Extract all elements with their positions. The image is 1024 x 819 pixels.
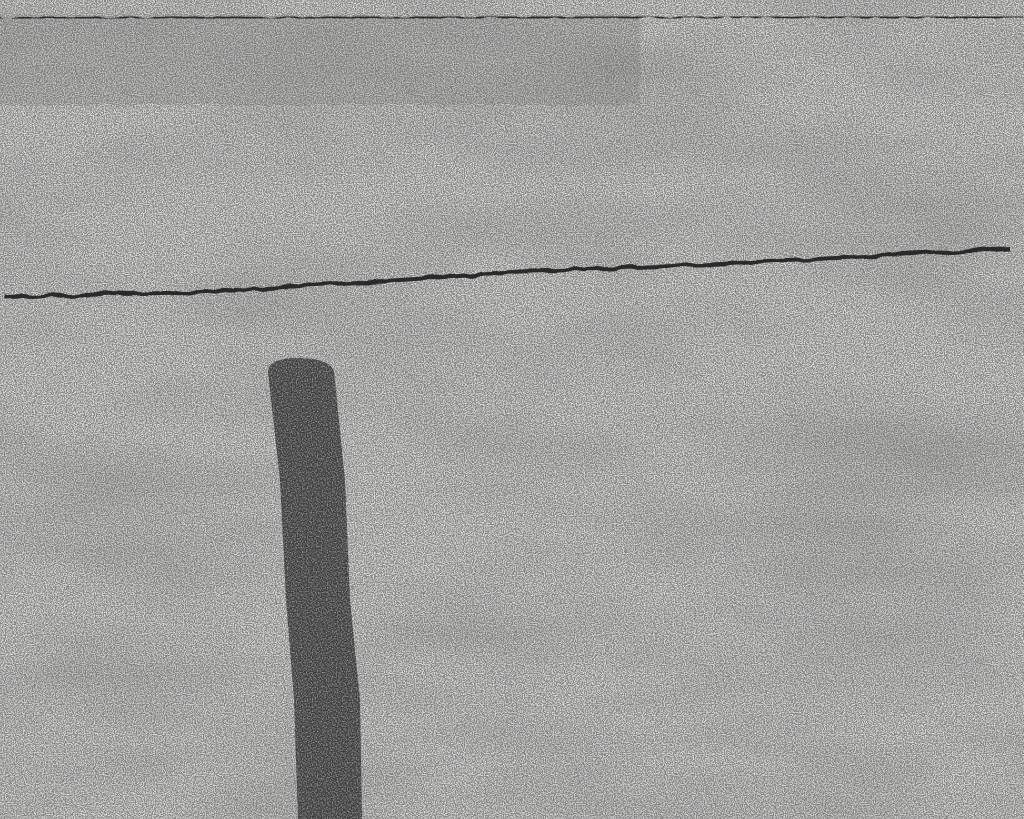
print-canvas — [0, 0, 1024, 819]
abstract-print — [0, 0, 1024, 819]
top-line — [0, 17, 1024, 18]
speckle-texture — [0, 0, 1024, 819]
